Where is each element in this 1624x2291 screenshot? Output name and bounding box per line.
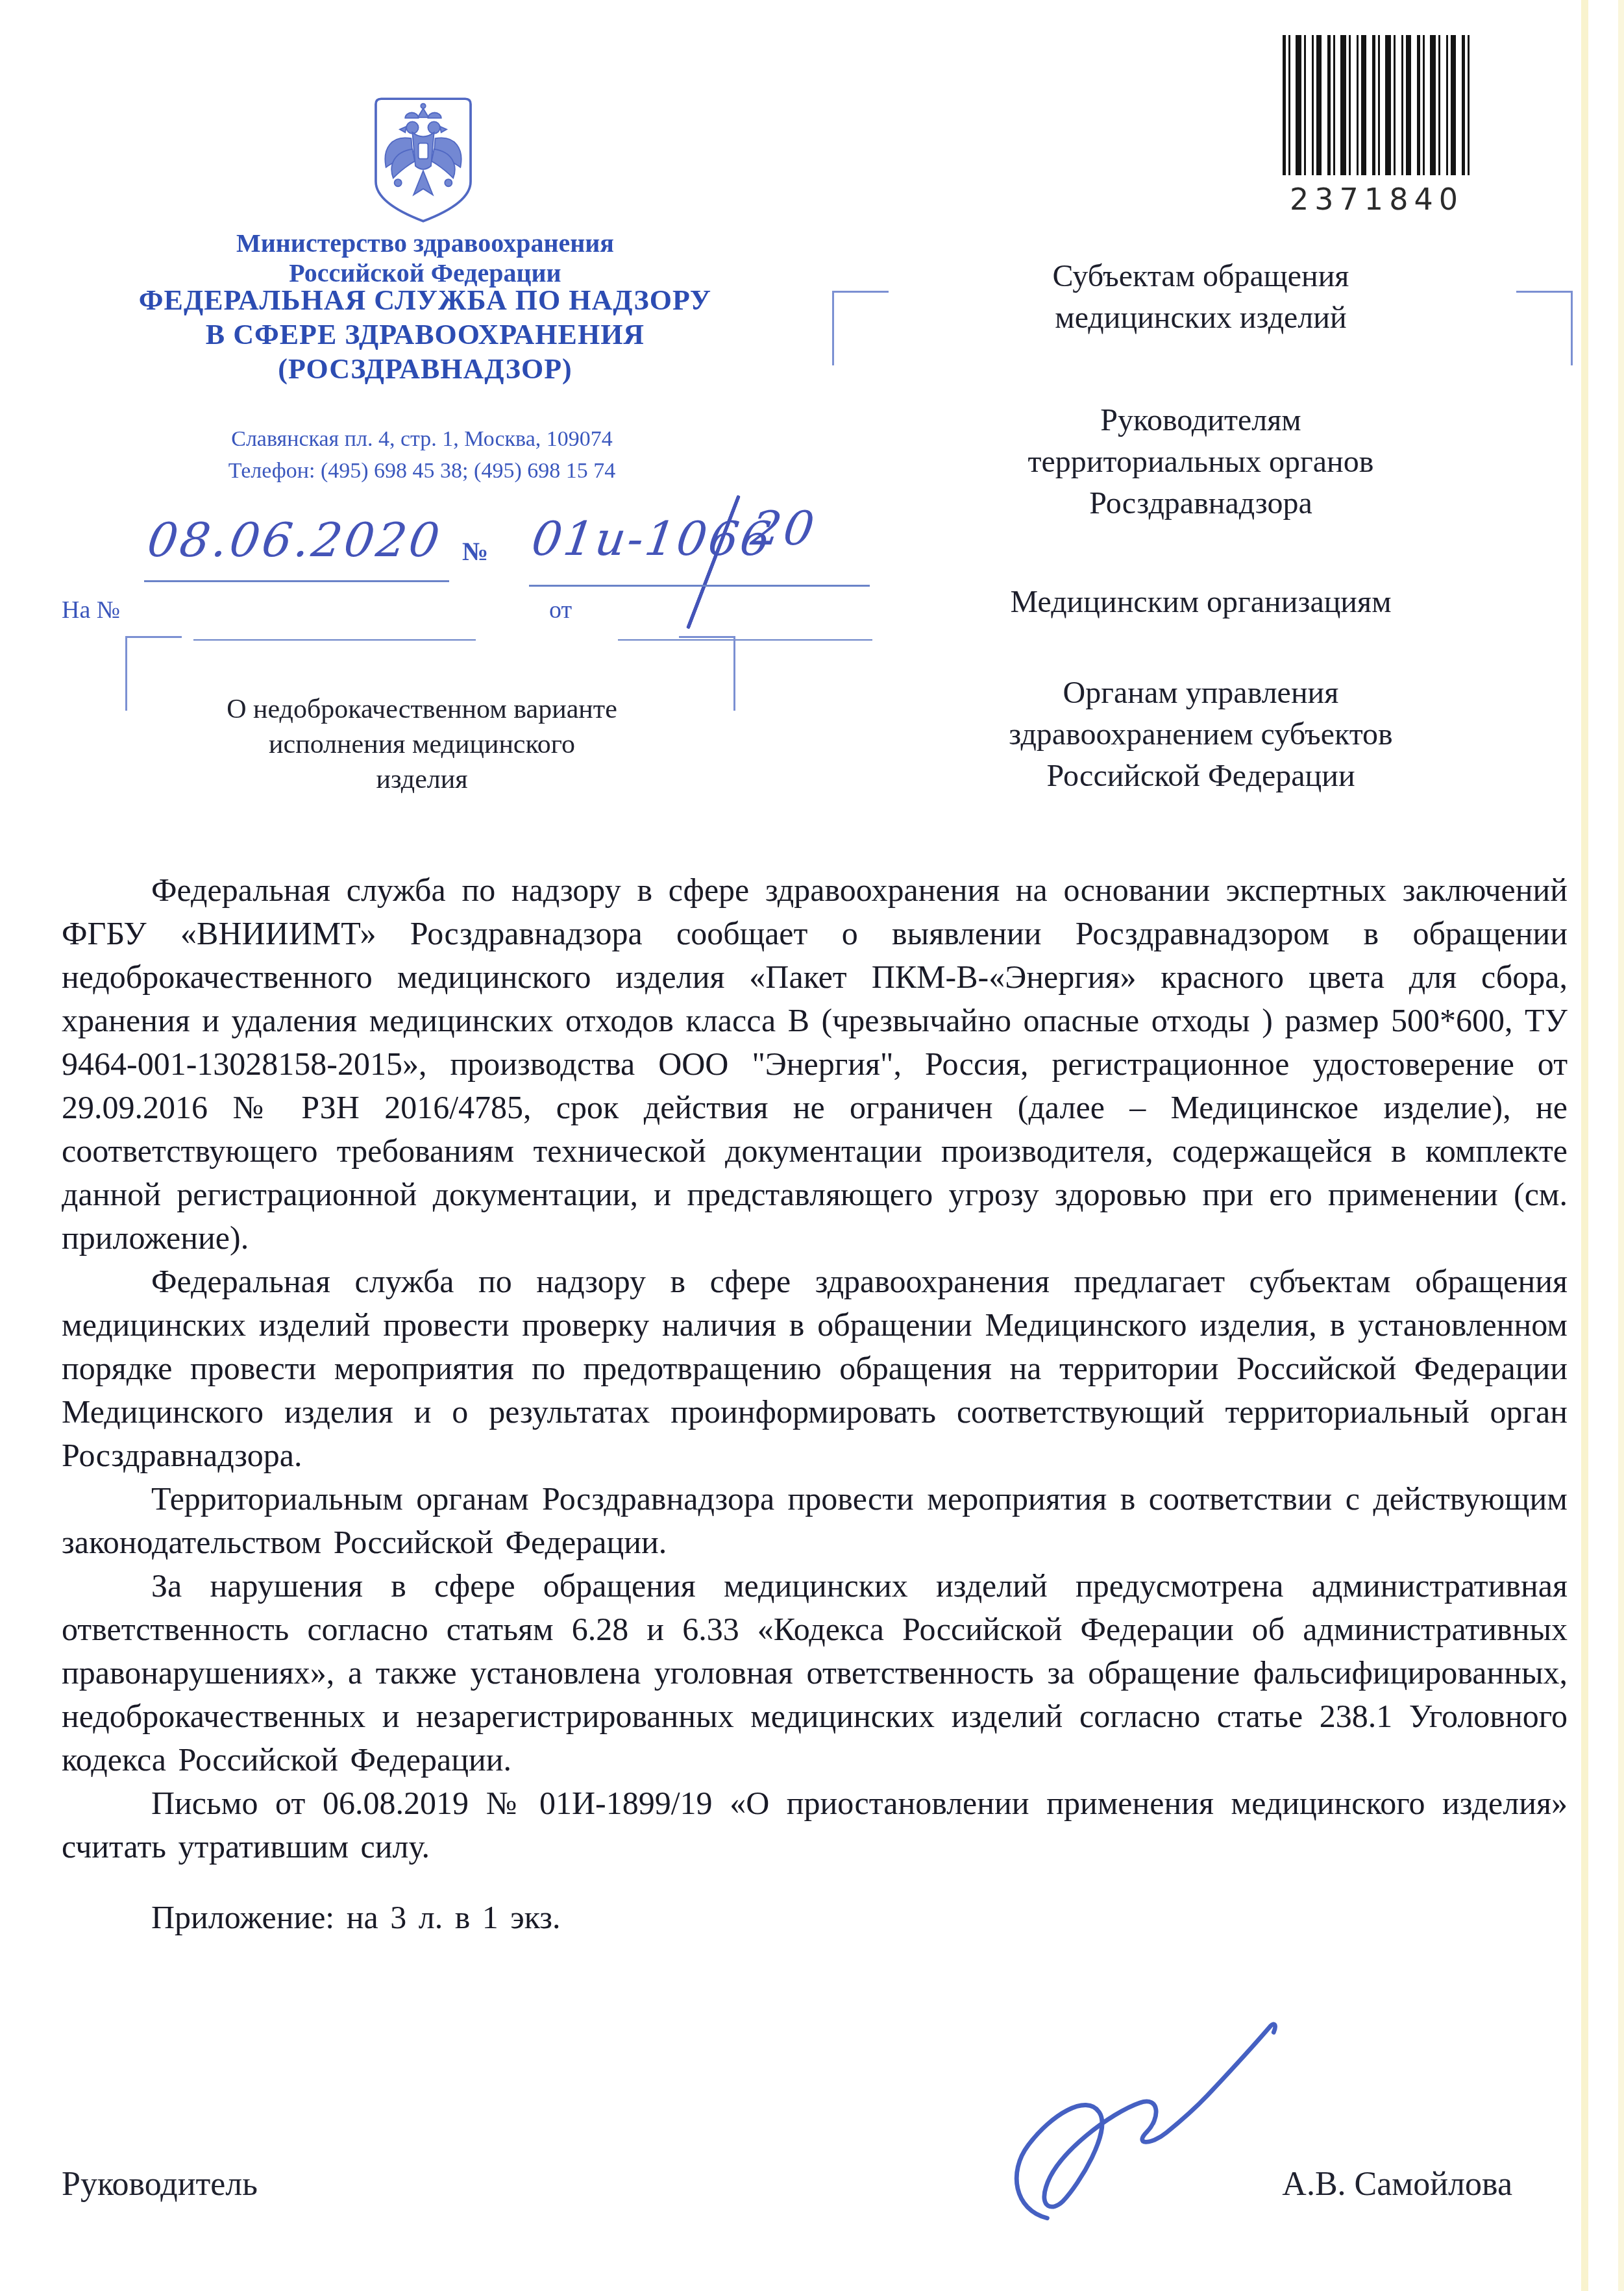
recipient-item: Органам управления здравоохранением субъ… (928, 672, 1473, 797)
body-paragraph: Письмо от 06.08.2019 № 01И-1899/19 «О пр… (62, 1782, 1568, 1868)
na-no-label: На № (62, 596, 120, 624)
reg-number-suffix: 20 (748, 501, 820, 556)
service-name: ФЕДЕРАЛЬНАЯ СЛУЖБА ПО НАДЗОРУ В СФЕРЕ ЗД… (97, 283, 753, 386)
recipient-item: Руководителям территориальных органов Ро… (928, 400, 1473, 524)
reg-number-sign: № (462, 536, 488, 567)
body-paragraph: Территориальным органам Росздравнадзора … (62, 1477, 1568, 1564)
reg-number-underline (529, 585, 870, 587)
barcode (1283, 35, 1471, 175)
service-line: ФЕДЕРАЛЬНАЯ СЛУЖБА ПО НАДЗОРУ (97, 283, 753, 317)
reg-date-underline (144, 580, 449, 582)
scan-edge-stripe (1581, 0, 1588, 2291)
scanned-letter-page: Министерство здравоохранения Российской … (0, 0, 1624, 2291)
signature-title: Руководитель (62, 2165, 258, 2203)
ministry-line: Министерство здравоохранения (162, 228, 688, 258)
corner-bracket-subject-right (679, 636, 735, 711)
barcode-number: 2371840 (1283, 182, 1471, 217)
recipient-text: Субъектам обращения медицинских изделий (987, 256, 1415, 339)
scan-edge-stripe (1618, 0, 1624, 2291)
recipient-text: Органам управления здравоохранением субъ… (974, 672, 1428, 797)
signature-name: А.В. Самойлова (1282, 2165, 1512, 2203)
body-paragraph: За нарушения в сфере обращения медицинск… (62, 1564, 1568, 1782)
na-no-underline (193, 639, 476, 641)
body-paragraph: Федеральная служба по надзору в сфере зд… (62, 1260, 1568, 1477)
service-contacts: Славянская пл. 4, стр. 1, Москва, 109074… (130, 423, 714, 487)
recipient-text: Медицинским организациям (1010, 582, 1391, 623)
recipient-item: Медицинским организациям (928, 582, 1473, 623)
ot-underline (618, 639, 872, 641)
coat-of-arms-icon (362, 93, 484, 228)
corner-bracket-recipient-right (1516, 291, 1573, 365)
attachment-line: Приложение: на 3 л. в 1 экз. (62, 1896, 1568, 1939)
recipient-item: Субъектам обращения медицинских изделий (928, 256, 1473, 339)
subject-text: О недоброкачественном варианте исполнени… (221, 692, 623, 797)
reg-number-handwritten: 01и-1066 (528, 511, 776, 566)
ministry-name: Министерство здравоохранения Российской … (162, 228, 688, 288)
service-phone: Телефон: (495) 698 45 38; (495) 698 15 7… (130, 455, 714, 487)
body-paragraph: Федеральная служба по надзору в сфере зд… (62, 868, 1568, 1260)
reg-date-handwritten: 08.06.2020 (144, 513, 445, 567)
ot-label: от (549, 596, 572, 624)
recipient-text: Руководителям территориальных органов Ро… (1006, 400, 1396, 524)
signature-autograph (1003, 2016, 1282, 2240)
corner-bracket-recipient-left (832, 291, 889, 365)
service-address: Славянская пл. 4, стр. 1, Москва, 109074 (130, 423, 714, 455)
corner-bracket-subject-left (125, 636, 182, 711)
service-line: В СФЕРЕ ЗДРАВООХРАНЕНИЯ (97, 317, 753, 352)
service-line: (РОСЗДРАВНАДЗОР) (97, 352, 753, 386)
letter-body: Федеральная служба по надзору в сфере зд… (62, 868, 1568, 1939)
